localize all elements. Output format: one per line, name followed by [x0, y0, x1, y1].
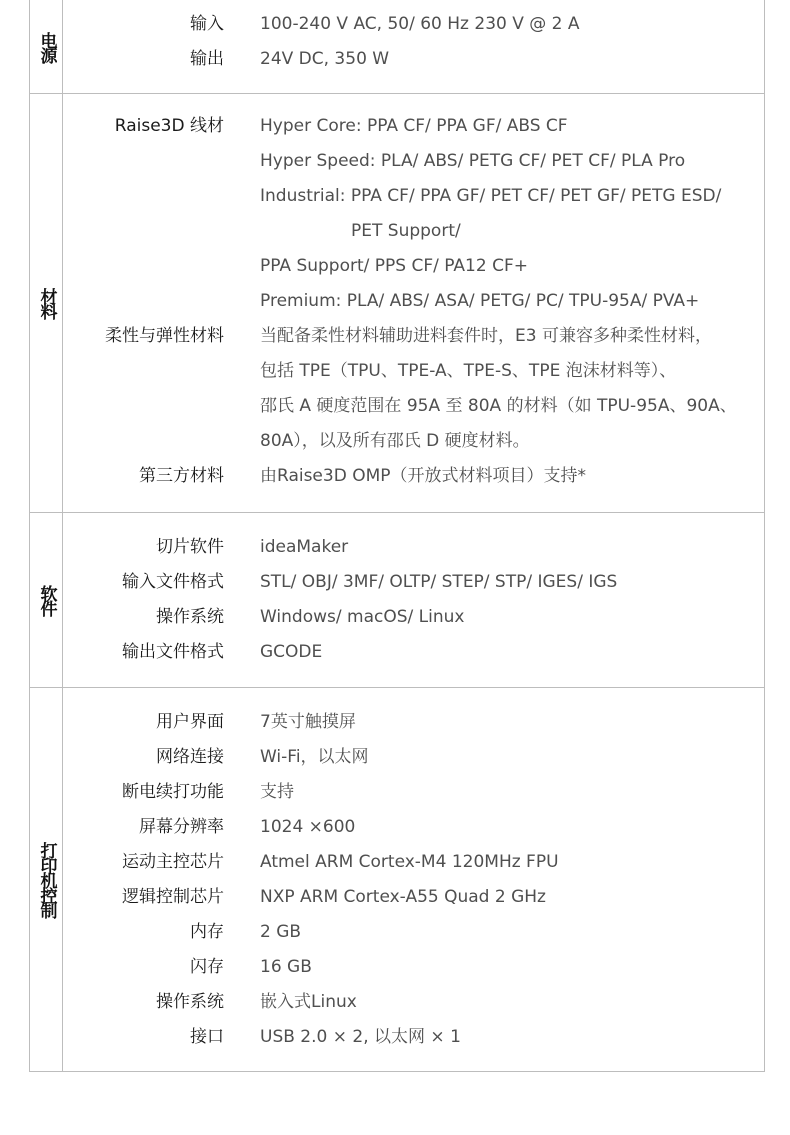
- section-power: 电源 输入 100-240 V AC, 50/ 60 Hz 230 V @ 2 …: [30, 0, 764, 93]
- spec-row-flexible-materials: 柔性与弹性材料 当配备柔性材料辅助进料套件时，E3 可兼容多种柔性材料， 包括 …: [63, 319, 764, 459]
- category-label: 软件: [38, 585, 55, 615]
- spec-row-raise3d-filament: Raise3D 线材 Hyper Core: PPA CF/ PPA GF/ A…: [63, 109, 764, 319]
- spec-label: 接口: [63, 1020, 224, 1055]
- spec-label: 网络连接: [63, 740, 224, 775]
- spec-label: 输出: [63, 42, 224, 77]
- spec-row-motion-controller: 运动主控芯片 Atmel ARM Cortex-M4 120MHz FPU: [63, 845, 764, 880]
- spec-label: 第三方材料: [63, 459, 224, 494]
- spec-row-third-party-materials: 第三方材料 由Raise3D OMP（开放式材料项目）支持*: [63, 459, 764, 494]
- spec-row-embedded-os: 操作系统 嵌入式Linux: [63, 985, 764, 1020]
- spec-rows: 用户界面 7英寸触摸屏 网络连接 Wi-Fi，以太网 断电续打功能 支持 屏幕分…: [63, 688, 764, 1071]
- spec-row-logic-controller: 逻辑控制芯片 NXP ARM Cortex-A55 Quad 2 GHz: [63, 880, 764, 915]
- spec-value: Wi-Fi，以太网: [224, 740, 764, 775]
- category-cell: 电源: [30, 0, 63, 93]
- spec-row-screen-resolution: 屏幕分辨率 1024 ×600: [63, 810, 764, 845]
- section-printer-control: 打印机控制 用户界面 7英寸触摸屏 网络连接 Wi-Fi，以太网 断电续打功能 …: [30, 687, 764, 1071]
- value-line: 邵氏 A 硬度范围在 95A 至 80A 的材料（如 TPU-95A、90A、: [260, 389, 764, 424]
- spec-row-flash: 闪存 16 GB: [63, 950, 764, 985]
- spec-row-power-recovery: 断电续打功能 支持: [63, 775, 764, 810]
- category-label: 材料: [38, 288, 55, 318]
- category-cell: 材料: [30, 94, 63, 512]
- value-line: Industrial: PPA CF/ PPA GF/ PET CF/ PET …: [260, 179, 764, 214]
- category-label: 打印机控制: [38, 842, 55, 917]
- value-line: 包括 TPE（TPU、TPE-A、TPE-S、TPE 泡沫材料等）、: [260, 354, 764, 389]
- spec-row-input: 输入 100-240 V AC, 50/ 60 Hz 230 V @ 2 A: [63, 7, 764, 42]
- spec-value: 当配备柔性材料辅助进料套件时，E3 可兼容多种柔性材料， 包括 TPE（TPU、…: [224, 319, 764, 459]
- spec-value: 1024 ×600: [224, 810, 764, 845]
- spec-label: Raise3D 线材: [63, 109, 224, 319]
- spec-label: 用户界面: [63, 705, 224, 740]
- spec-value: 2 GB: [224, 915, 764, 950]
- spec-label: 输入文件格式: [63, 565, 224, 600]
- spec-value: 嵌入式Linux: [224, 985, 764, 1020]
- spec-label: 内存: [63, 915, 224, 950]
- section-materials: 材料 Raise3D 线材 Hyper Core: PPA CF/ PPA GF…: [30, 93, 764, 512]
- spec-value: STL/ OBJ/ 3MF/ OLTP/ STEP/ STP/ IGES/ IG…: [224, 565, 764, 600]
- spec-label: 逻辑控制芯片: [63, 880, 224, 915]
- spec-value: 支持: [224, 775, 764, 810]
- spec-row-os: 操作系统 Windows/ macOS/ Linux: [63, 600, 764, 635]
- spec-value: Atmel ARM Cortex-M4 120MHz FPU: [224, 845, 764, 880]
- value-line: PPA Support/ PPS CF/ PA12 CF+: [260, 249, 764, 284]
- spec-label: 输入: [63, 7, 224, 42]
- section-software: 软件 切片软件 ideaMaker 输入文件格式 STL/ OBJ/ 3MF/ …: [30, 512, 764, 687]
- spec-label: 操作系统: [63, 600, 224, 635]
- spec-row-memory: 内存 2 GB: [63, 915, 764, 950]
- spec-label: 闪存: [63, 950, 224, 985]
- spec-label: 操作系统: [63, 985, 224, 1020]
- spec-value: Hyper Core: PPA CF/ PPA GF/ ABS CF Hyper…: [224, 109, 764, 319]
- spec-value: ideaMaker: [224, 530, 764, 565]
- value-line: Hyper Core: PPA CF/ PPA GF/ ABS CF: [260, 109, 764, 144]
- spec-value: 100-240 V AC, 50/ 60 Hz 230 V @ 2 A: [224, 7, 764, 42]
- spec-value: NXP ARM Cortex-A55 Quad 2 GHz: [224, 880, 764, 915]
- value-line: 80A），以及所有邵氏 D 硬度材料。: [260, 424, 764, 459]
- spec-label: 切片软件: [63, 530, 224, 565]
- spec-label: 柔性与弹性材料: [63, 319, 224, 459]
- spec-value: USB 2.0 × 2, 以太网 × 1: [224, 1020, 764, 1055]
- spec-rows: 切片软件 ideaMaker 输入文件格式 STL/ OBJ/ 3MF/ OLT…: [63, 513, 764, 687]
- spec-value: 7英寸触摸屏: [224, 705, 764, 740]
- spec-label: 运动主控芯片: [63, 845, 224, 880]
- spec-value: 由Raise3D OMP（开放式材料项目）支持*: [224, 459, 764, 494]
- spec-value: GCODE: [224, 635, 764, 670]
- spec-row-slicer: 切片软件 ideaMaker: [63, 530, 764, 565]
- spec-value: Windows/ macOS/ Linux: [224, 600, 764, 635]
- spec-label: 断电续打功能: [63, 775, 224, 810]
- spec-table: 电源 输入 100-240 V AC, 50/ 60 Hz 230 V @ 2 …: [29, 0, 765, 1072]
- spec-row-output-format: 输出文件格式 GCODE: [63, 635, 764, 670]
- category-cell: 打印机控制: [30, 688, 63, 1071]
- spec-value: 24V DC, 350 W: [224, 42, 764, 77]
- spec-value: 16 GB: [224, 950, 764, 985]
- value-line-indented: PET Support/: [260, 214, 764, 249]
- value-line: 当配备柔性材料辅助进料套件时，E3 可兼容多种柔性材料，: [260, 319, 764, 354]
- spec-row-network: 网络连接 Wi-Fi，以太网: [63, 740, 764, 775]
- spec-row-output: 输出 24V DC, 350 W: [63, 42, 764, 77]
- spec-row-user-interface: 用户界面 7英寸触摸屏: [63, 705, 764, 740]
- spec-rows: Raise3D 线材 Hyper Core: PPA CF/ PPA GF/ A…: [63, 94, 764, 512]
- value-line: Hyper Speed: PLA/ ABS/ PETG CF/ PET CF/ …: [260, 144, 764, 179]
- value-line: Premium: PLA/ ABS/ ASA/ PETG/ PC/ TPU-95…: [260, 284, 764, 319]
- spec-rows: 输入 100-240 V AC, 50/ 60 Hz 230 V @ 2 A 输…: [63, 0, 764, 93]
- spec-label: 屏幕分辨率: [63, 810, 224, 845]
- category-cell: 软件: [30, 513, 63, 687]
- spec-row-ports: 接口 USB 2.0 × 2, 以太网 × 1: [63, 1020, 764, 1055]
- spec-label: 输出文件格式: [63, 635, 224, 670]
- category-label: 电源: [38, 32, 55, 62]
- spec-row-input-formats: 输入文件格式 STL/ OBJ/ 3MF/ OLTP/ STEP/ STP/ I…: [63, 565, 764, 600]
